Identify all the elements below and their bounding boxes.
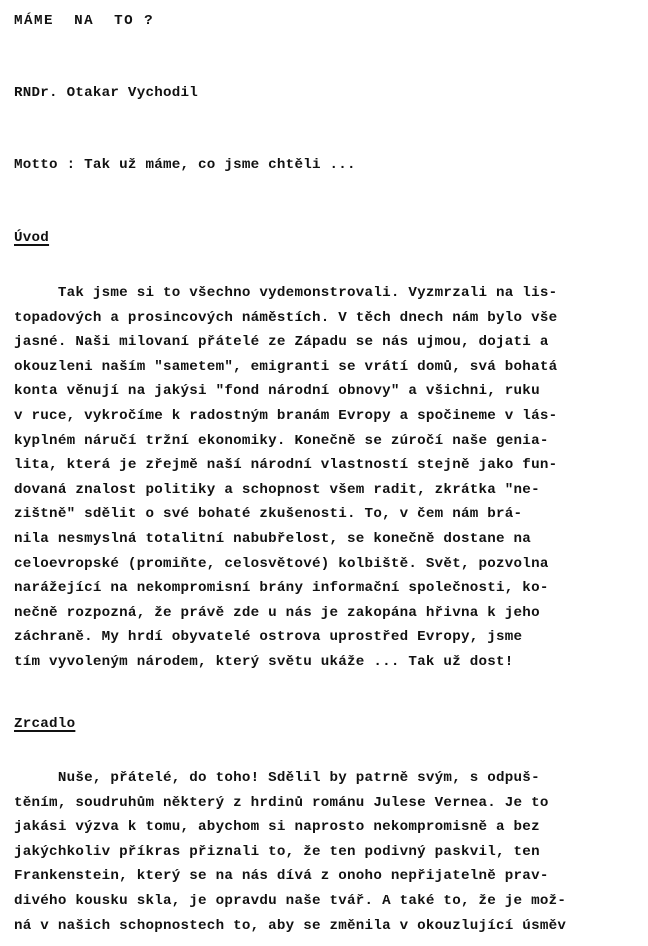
text-line: Frankenstein, který se na nás dívá z ono… <box>14 864 644 889</box>
text-line: v ruce, vykročíme k radostným branám Evr… <box>14 404 644 429</box>
section-heading-uvod: Úvod <box>14 229 49 247</box>
text-line: okouzleni naším "sametem", emigranti se … <box>14 355 644 380</box>
author-name: RNDr. Otakar Vychodil <box>14 84 198 102</box>
text-line: jakási výzva k tomu, abychom si naprosto… <box>14 815 644 840</box>
text-line: topadových a prosincových náměstích. V t… <box>14 306 644 331</box>
paragraph-zrcadlo: Nuše, přátelé, do toho! Sdělil by patrně… <box>14 766 644 938</box>
text-line: divého kousku skla, je opravdu naše tvář… <box>14 889 644 914</box>
text-line: těním, soudruhům některý z hrdinů románu… <box>14 791 644 816</box>
text-line: ná v našich schopnostech to, aby se změn… <box>14 914 644 939</box>
text-line: Tak jsme si to všechno vydemonstrovali. … <box>14 281 644 306</box>
text-line: jasné. Naši milovaní přátelé ze Západu s… <box>14 330 644 355</box>
document-page: MÁME NA TO ? RNDr. Otakar Vychodil Motto… <box>0 0 648 946</box>
text-line: celoevropské (promiňte, celosvětové) kol… <box>14 552 644 577</box>
text-line: kyplném náručí tržní ekonomiky. Konečně … <box>14 429 644 454</box>
text-line: tím vyvoleným národem, který světu ukáže… <box>14 650 644 675</box>
text-line: záchraně. My hrdí obyvatelé ostrova upro… <box>14 625 644 650</box>
text-line: nila nesmyslná totalitní nabubřelost, se… <box>14 527 644 552</box>
text-line: jakýchkoliv příkras přiznali to, že ten … <box>14 840 644 865</box>
text-line: dovaná znalost politiky a schopnost všem… <box>14 478 644 503</box>
text-line: lita, která je zřejmě naší národní vlast… <box>14 453 644 478</box>
text-line: narážející na nekompromisní brány inform… <box>14 576 644 601</box>
section-heading-zrcadlo: Zrcadlo <box>14 715 75 733</box>
document-title: MÁME NA TO ? <box>14 12 154 30</box>
text-line: konta věnují na jakýsi "fond národní obn… <box>14 379 644 404</box>
text-line: nečně rozpozná, že právě zde u nás je za… <box>14 601 644 626</box>
motto: Motto : Tak už máme, co jsme chtěli ... <box>14 156 356 174</box>
text-line: zištně" sdělit o své bohaté zkušenosti. … <box>14 502 644 527</box>
text-line: Nuše, přátelé, do toho! Sdělil by patrně… <box>14 766 644 791</box>
paragraph-uvod: Tak jsme si to všechno vydemonstrovali. … <box>14 281 644 675</box>
